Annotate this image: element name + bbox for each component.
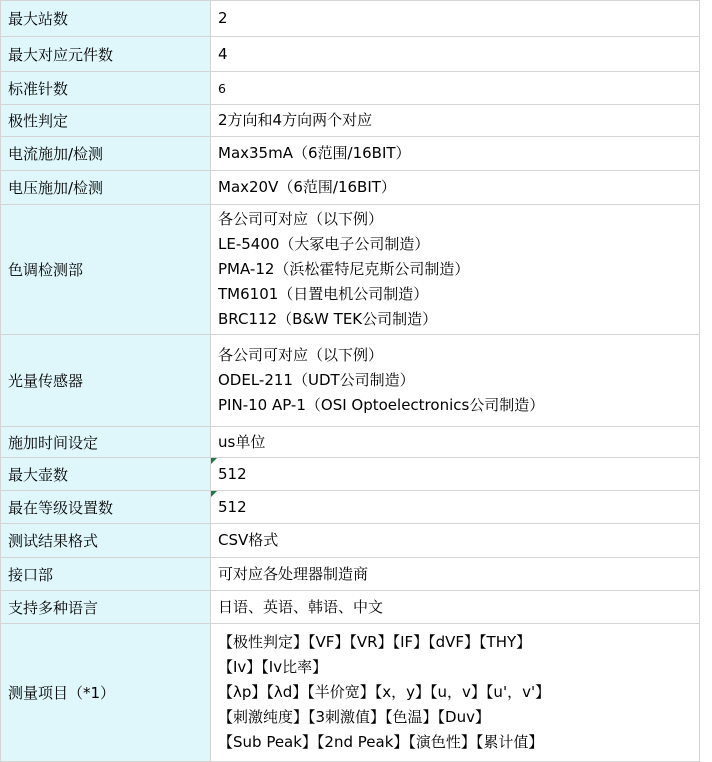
- value-line: Max35mA（6范围/16BIT）: [218, 141, 692, 166]
- value-line: 【刺激纯度】【3刺激值】【色温】【Duv】: [218, 705, 692, 730]
- table-row: 色调检测部各公司可对应（以下例）LE-5400（大冢电子公司制造）PMA-12（…: [1, 205, 700, 335]
- table-row: 施加时间设定us单位: [1, 427, 700, 458]
- row-label: 标准针数: [1, 72, 211, 105]
- value-line: 【Iv】【Iv比率】: [218, 655, 692, 680]
- table-row: 测试结果格式CSV格式: [1, 524, 700, 558]
- row-label: 最大壶数: [1, 458, 211, 491]
- table-row: 极性判定2方向和4方向两个对应: [1, 105, 700, 137]
- value-line: LE-5400（大冢电子公司制造）: [218, 232, 692, 257]
- value-line: CSV格式: [218, 528, 692, 553]
- row-value: 各公司可对应（以下例）ODEL-211（UDT公司制造）PIN-10 AP-1（…: [211, 335, 700, 427]
- row-label: 光量传感器: [1, 335, 211, 427]
- row-label: 测量项目（*1）: [1, 624, 211, 762]
- row-value: 2: [211, 1, 700, 37]
- table-row: 最在等级设置数512: [1, 491, 700, 524]
- value-line: 512: [218, 462, 692, 487]
- table-row: 光量传感器各公司可对应（以下例）ODEL-211（UDT公司制造）PIN-10 …: [1, 335, 700, 427]
- value-line: 可对应各处理器制造商: [218, 562, 692, 587]
- row-value: 512: [211, 458, 700, 491]
- value-line: 2: [218, 6, 692, 31]
- value-line: 2方向和4方向两个对应: [218, 108, 692, 133]
- table-row: 测量项目（*1）【极性判定】【VF】【VR】【IF】【dVF】【THY】【Iv】…: [1, 624, 700, 762]
- row-label: 测试结果格式: [1, 524, 211, 558]
- value-line: 6: [218, 76, 692, 101]
- row-value: 2方向和4方向两个对应: [211, 105, 700, 137]
- value-line: PMA-12（浜松霍特尼克斯公司制造）: [218, 257, 692, 282]
- table-row: 最大站数2: [1, 1, 700, 37]
- value-line: 4: [218, 42, 692, 67]
- row-label: 极性判定: [1, 105, 211, 137]
- value-line: 各公司可对应（以下例）: [218, 207, 692, 232]
- row-label: 最大对应元件数: [1, 37, 211, 72]
- value-line: PIN-10 AP-1（OSI Optoelectronics公司制造）: [218, 393, 692, 418]
- value-line: 512: [218, 495, 692, 520]
- row-value: 各公司可对应（以下例）LE-5400（大冢电子公司制造）PMA-12（浜松霍特尼…: [211, 205, 700, 335]
- table-row: 标准针数6: [1, 72, 700, 105]
- row-label: 色调检测部: [1, 205, 211, 335]
- value-line: ODEL-211（UDT公司制造）: [218, 368, 692, 393]
- value-line: TM6101（日置电机公司制造）: [218, 282, 692, 307]
- row-label: 最大站数: [1, 1, 211, 37]
- value-line: BRC112（B&W TEK公司制造）: [218, 307, 692, 332]
- cell-corner-marker-icon: [211, 491, 217, 497]
- row-value: 可对应各处理器制造商: [211, 558, 700, 591]
- row-value: CSV格式: [211, 524, 700, 558]
- row-value: 【极性判定】【VF】【VR】【IF】【dVF】【THY】【Iv】【Iv比率】【λ…: [211, 624, 700, 762]
- spec-table: 最大站数2最大对应元件数4标准针数6极性判定2方向和4方向两个对应电流施加/检测…: [0, 0, 700, 762]
- row-label: 接口部: [1, 558, 211, 591]
- value-line: 【极性判定】【VF】【VR】【IF】【dVF】【THY】: [218, 630, 692, 655]
- value-line: 日语、英语、韩语、中文: [218, 595, 692, 620]
- row-label: 电流施加/检测: [1, 137, 211, 171]
- value-line: 【λp】【λd】【半价宽】【x，y】【u，v】【u'，v'】: [218, 680, 692, 705]
- value-line: 各公司可对应（以下例）: [218, 343, 692, 368]
- row-value: 日语、英语、韩语、中文: [211, 591, 700, 624]
- table-row: 最大对应元件数4: [1, 37, 700, 72]
- row-value: 4: [211, 37, 700, 72]
- row-value: us单位: [211, 427, 700, 458]
- row-value: Max35mA（6范围/16BIT）: [211, 137, 700, 171]
- row-label: 最在等级设置数: [1, 491, 211, 524]
- row-value: 6: [211, 72, 700, 105]
- table-row: 电压施加/检测Max20V（6范围/16BIT）: [1, 171, 700, 205]
- row-label: 电压施加/检测: [1, 171, 211, 205]
- row-label: 施加时间设定: [1, 427, 211, 458]
- row-label: 支持多种语言: [1, 591, 211, 624]
- row-value: Max20V（6范围/16BIT）: [211, 171, 700, 205]
- table-row: 最大壶数512: [1, 458, 700, 491]
- cell-corner-marker-icon: [211, 458, 217, 464]
- table-row: 支持多种语言日语、英语、韩语、中文: [1, 591, 700, 624]
- row-value: 512: [211, 491, 700, 524]
- value-line: Max20V（6范围/16BIT）: [218, 175, 692, 200]
- value-line: us单位: [218, 430, 692, 455]
- table-row: 接口部可对应各处理器制造商: [1, 558, 700, 591]
- value-line: 【Sub Peak】【2nd Peak】【演色性】【累计值】: [218, 730, 692, 755]
- table-row: 电流施加/检测Max35mA（6范围/16BIT）: [1, 137, 700, 171]
